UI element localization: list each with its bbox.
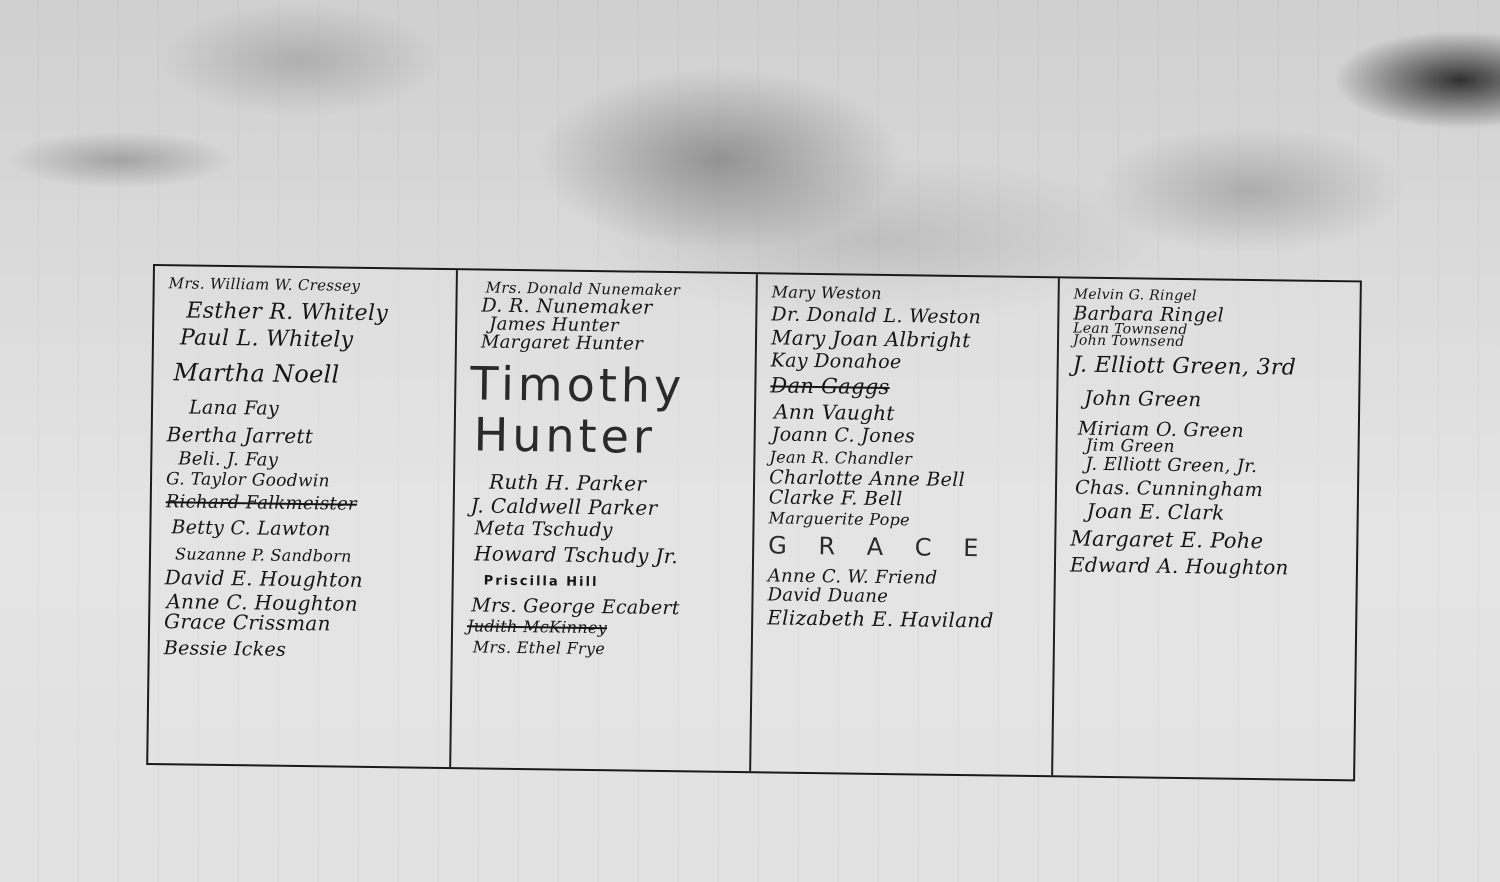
signature: J. Elliott Green, 3rd	[1073, 353, 1351, 382]
signature-table: Mrs. William W. Cressey Esther R. Whitel…	[146, 264, 1362, 781]
signature: Edward A. Houghton	[1070, 553, 1348, 581]
signature: J. Elliott Green, Jr.	[1085, 454, 1349, 479]
signature: Margaret Hunter	[481, 331, 747, 356]
signature: Howard Tschudy Jr.	[474, 542, 744, 570]
signature-child-print: Hunter	[473, 409, 746, 463]
signature: Bertha Jarrett	[167, 422, 446, 450]
signature: Mrs. Ethel Frye	[473, 638, 743, 661]
signature: Richard Falkmeister	[166, 491, 445, 516]
signature: Mary Weston	[772, 282, 1050, 305]
signature: John Townsend	[1073, 333, 1351, 353]
signature: G. Taylor Goodwin	[166, 469, 445, 493]
signature: Priscilla Hill	[484, 574, 744, 593]
signature: Meta Tschudy	[474, 518, 744, 544]
signature: Joan E. Clark	[1087, 499, 1349, 527]
signature: Mrs. William W. Cressey	[169, 274, 448, 296]
signature-column-4: Melvin G. Ringel Barbara Ringel Lean Tow…	[1053, 278, 1360, 779]
signature: J. Caldwell Parker	[471, 494, 745, 522]
signature: Paul L. Whitely	[180, 325, 447, 354]
signature-column-1: Mrs. William W. Cressey Esther R. Whitel…	[148, 266, 458, 767]
signature-column-2: Mrs. Donald Nunemaker D. R. Nunemaker Ja…	[451, 270, 758, 771]
signature-child-print: G R A C E	[768, 531, 1046, 563]
signature: Betty C. Lawton	[171, 516, 444, 542]
signature: Martha Noell	[173, 358, 446, 390]
signature: Lana Fay	[189, 397, 446, 422]
signature: Elizabeth E. Haviland	[767, 605, 1045, 633]
signature: John Green	[1084, 386, 1350, 414]
signature: Ruth H. Parker	[489, 470, 745, 497]
signature: Suzanne P. Sandborn	[175, 544, 444, 567]
signature: Judith McKinney	[467, 616, 743, 639]
signature: Grace Crissman	[164, 609, 443, 637]
signature-child-print: Timothy	[470, 358, 747, 412]
signature: Margaret E. Pohe	[1070, 527, 1348, 555]
signature: Esther R. Whitely	[186, 298, 447, 327]
signature: Dan Gaggs	[770, 373, 1048, 401]
signature: Bessie Ickes	[164, 637, 443, 663]
signature: Kay Donahoe	[771, 349, 1049, 375]
signature: Joann C. Jones	[772, 423, 1048, 449]
signature-column-3: Mary Weston Dr. Donald L. Weston Mary Jo…	[751, 274, 1060, 775]
signature: Marguerite Pope	[768, 508, 1046, 531]
